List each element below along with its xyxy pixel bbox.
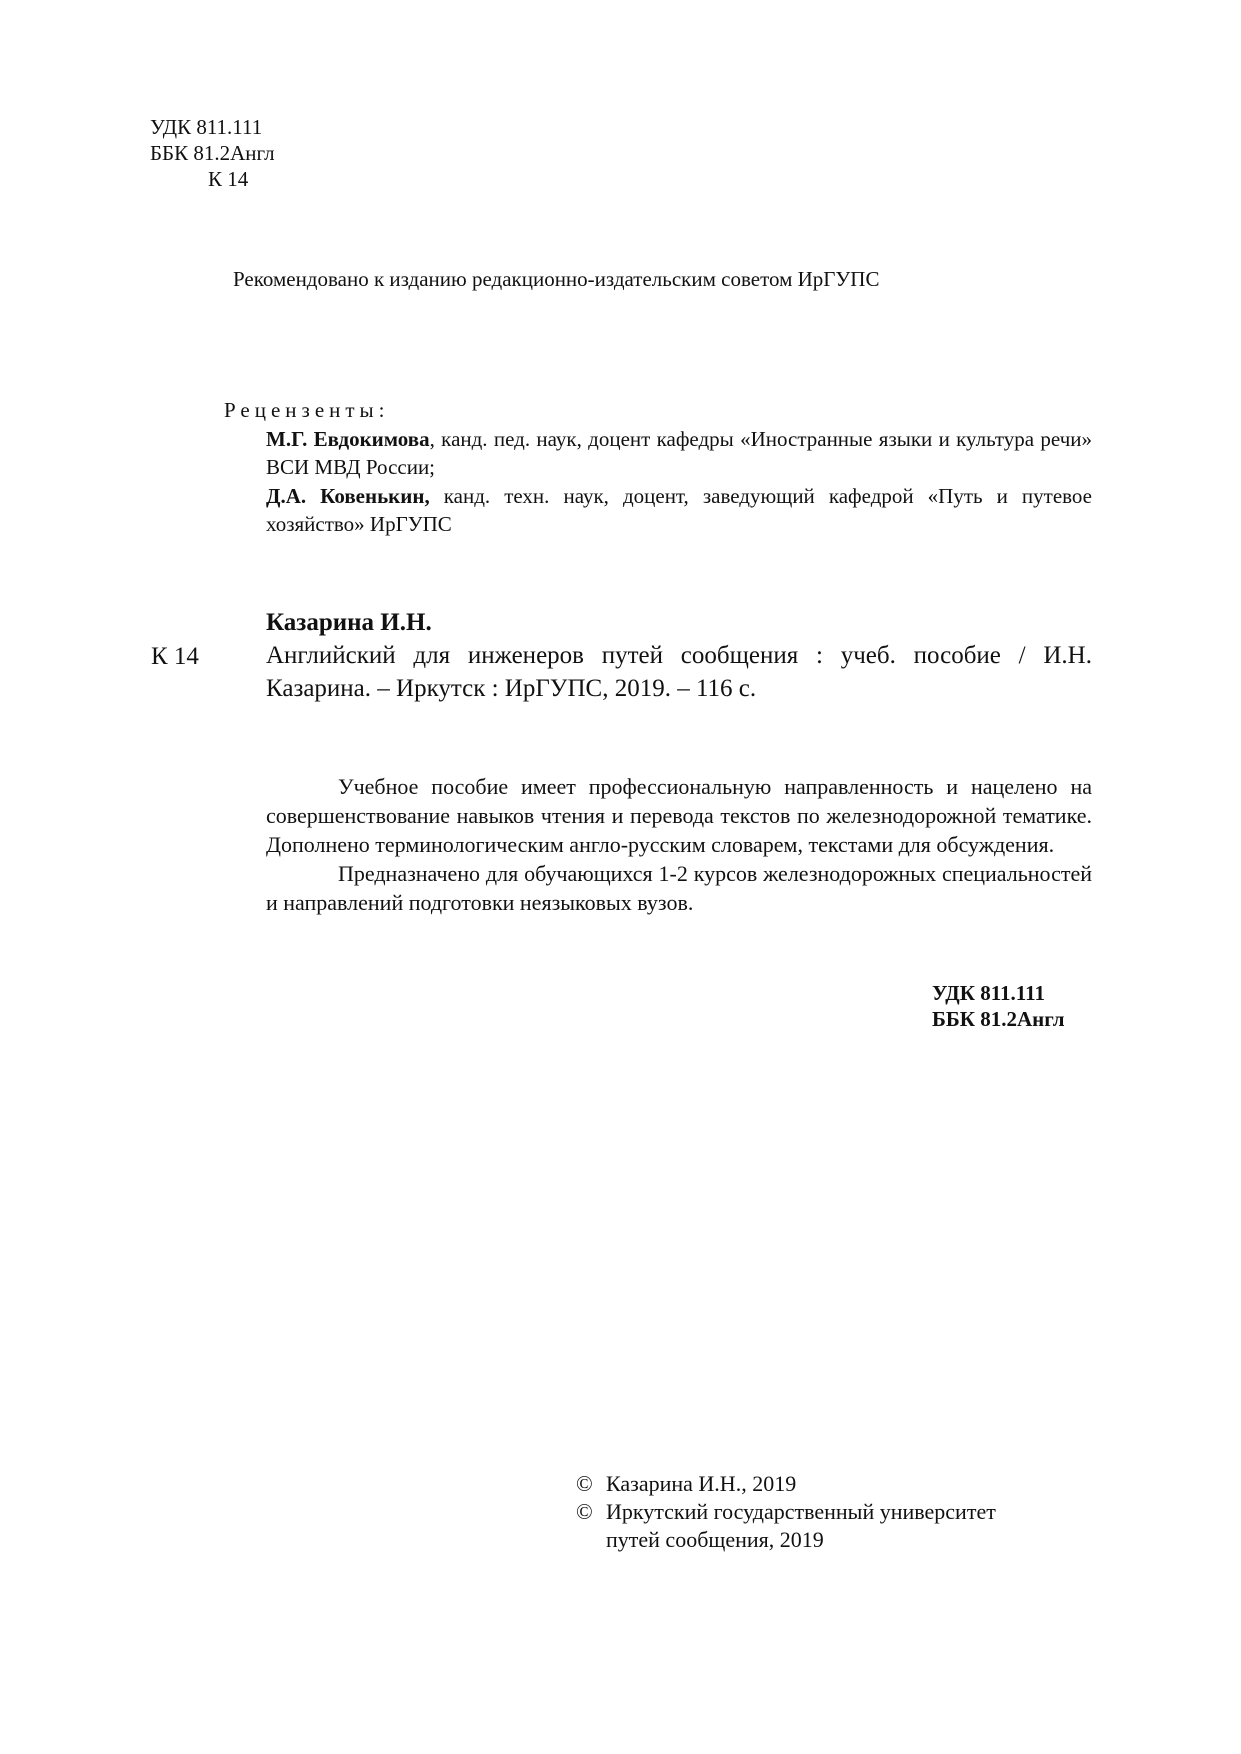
copyright-block: © Казарина И.Н., 2019 © Иркутский госуда… — [576, 1470, 996, 1554]
copyright-text: Иркутский государственный университет — [606, 1498, 996, 1526]
annotation: Учебное пособие имеет профессиональную н… — [266, 772, 1092, 917]
book-author: Казарина И.Н. — [266, 606, 1092, 639]
copyright-text: путей сообщения, 2019 — [606, 1526, 824, 1554]
author-mark: К 14 — [150, 166, 275, 192]
copyright-spacer — [576, 1526, 606, 1554]
annotation-paragraph: Предназначено для обучающихся 1-2 курсов… — [266, 859, 1092, 917]
bibliographic-code: К 14 — [151, 640, 199, 673]
copyright-text: Казарина И.Н., 2019 — [606, 1470, 796, 1498]
bibliographic-record: Казарина И.Н. Английский для инженеров п… — [266, 606, 1092, 705]
udk-code: УДК 811.111 — [150, 114, 275, 140]
reviewer-name: М.Г. Евдокимова — [266, 427, 430, 451]
reviewer-item: Д.А. Ковенькин, канд. техн. наук, доцент… — [266, 482, 1092, 539]
annotation-paragraph: Учебное пособие имеет профессиональную н… — [266, 772, 1092, 859]
copyright-line: © Казарина И.Н., 2019 — [576, 1470, 996, 1498]
udk-code-bold: УДК 811.111 — [932, 980, 1065, 1006]
reviewers-label: Рецензенты: — [224, 396, 1092, 425]
copyright-line: © Иркутский государственный университет — [576, 1498, 996, 1526]
recommendation-note: Рекомендовано к изданию редакционно-изда… — [233, 266, 879, 292]
copyright-icon: © — [576, 1470, 606, 1498]
reviewer-name: Д.А. Ковенькин, — [266, 484, 430, 508]
final-classification: УДК 811.111 ББК 81.2Англ — [932, 980, 1065, 1032]
copyright-line: путей сообщения, 2019 — [576, 1526, 996, 1554]
copyright-icon: © — [576, 1498, 606, 1526]
bbk-code-bold: ББК 81.2Англ — [932, 1006, 1065, 1032]
reviewers-section: Рецензенты: М.Г. Евдокимова, канд. пед. … — [224, 396, 1092, 539]
book-description: Английский для инженеров путей сообщения… — [266, 639, 1092, 705]
reviewer-item: М.Г. Евдокимова, канд. пед. наук, доцент… — [266, 425, 1092, 482]
classification-block: УДК 811.111 ББК 81.2Англ К 14 — [150, 114, 275, 192]
reviewers-list: М.Г. Евдокимова, канд. пед. наук, доцент… — [224, 425, 1092, 539]
bbk-code: ББК 81.2Англ — [150, 140, 275, 166]
